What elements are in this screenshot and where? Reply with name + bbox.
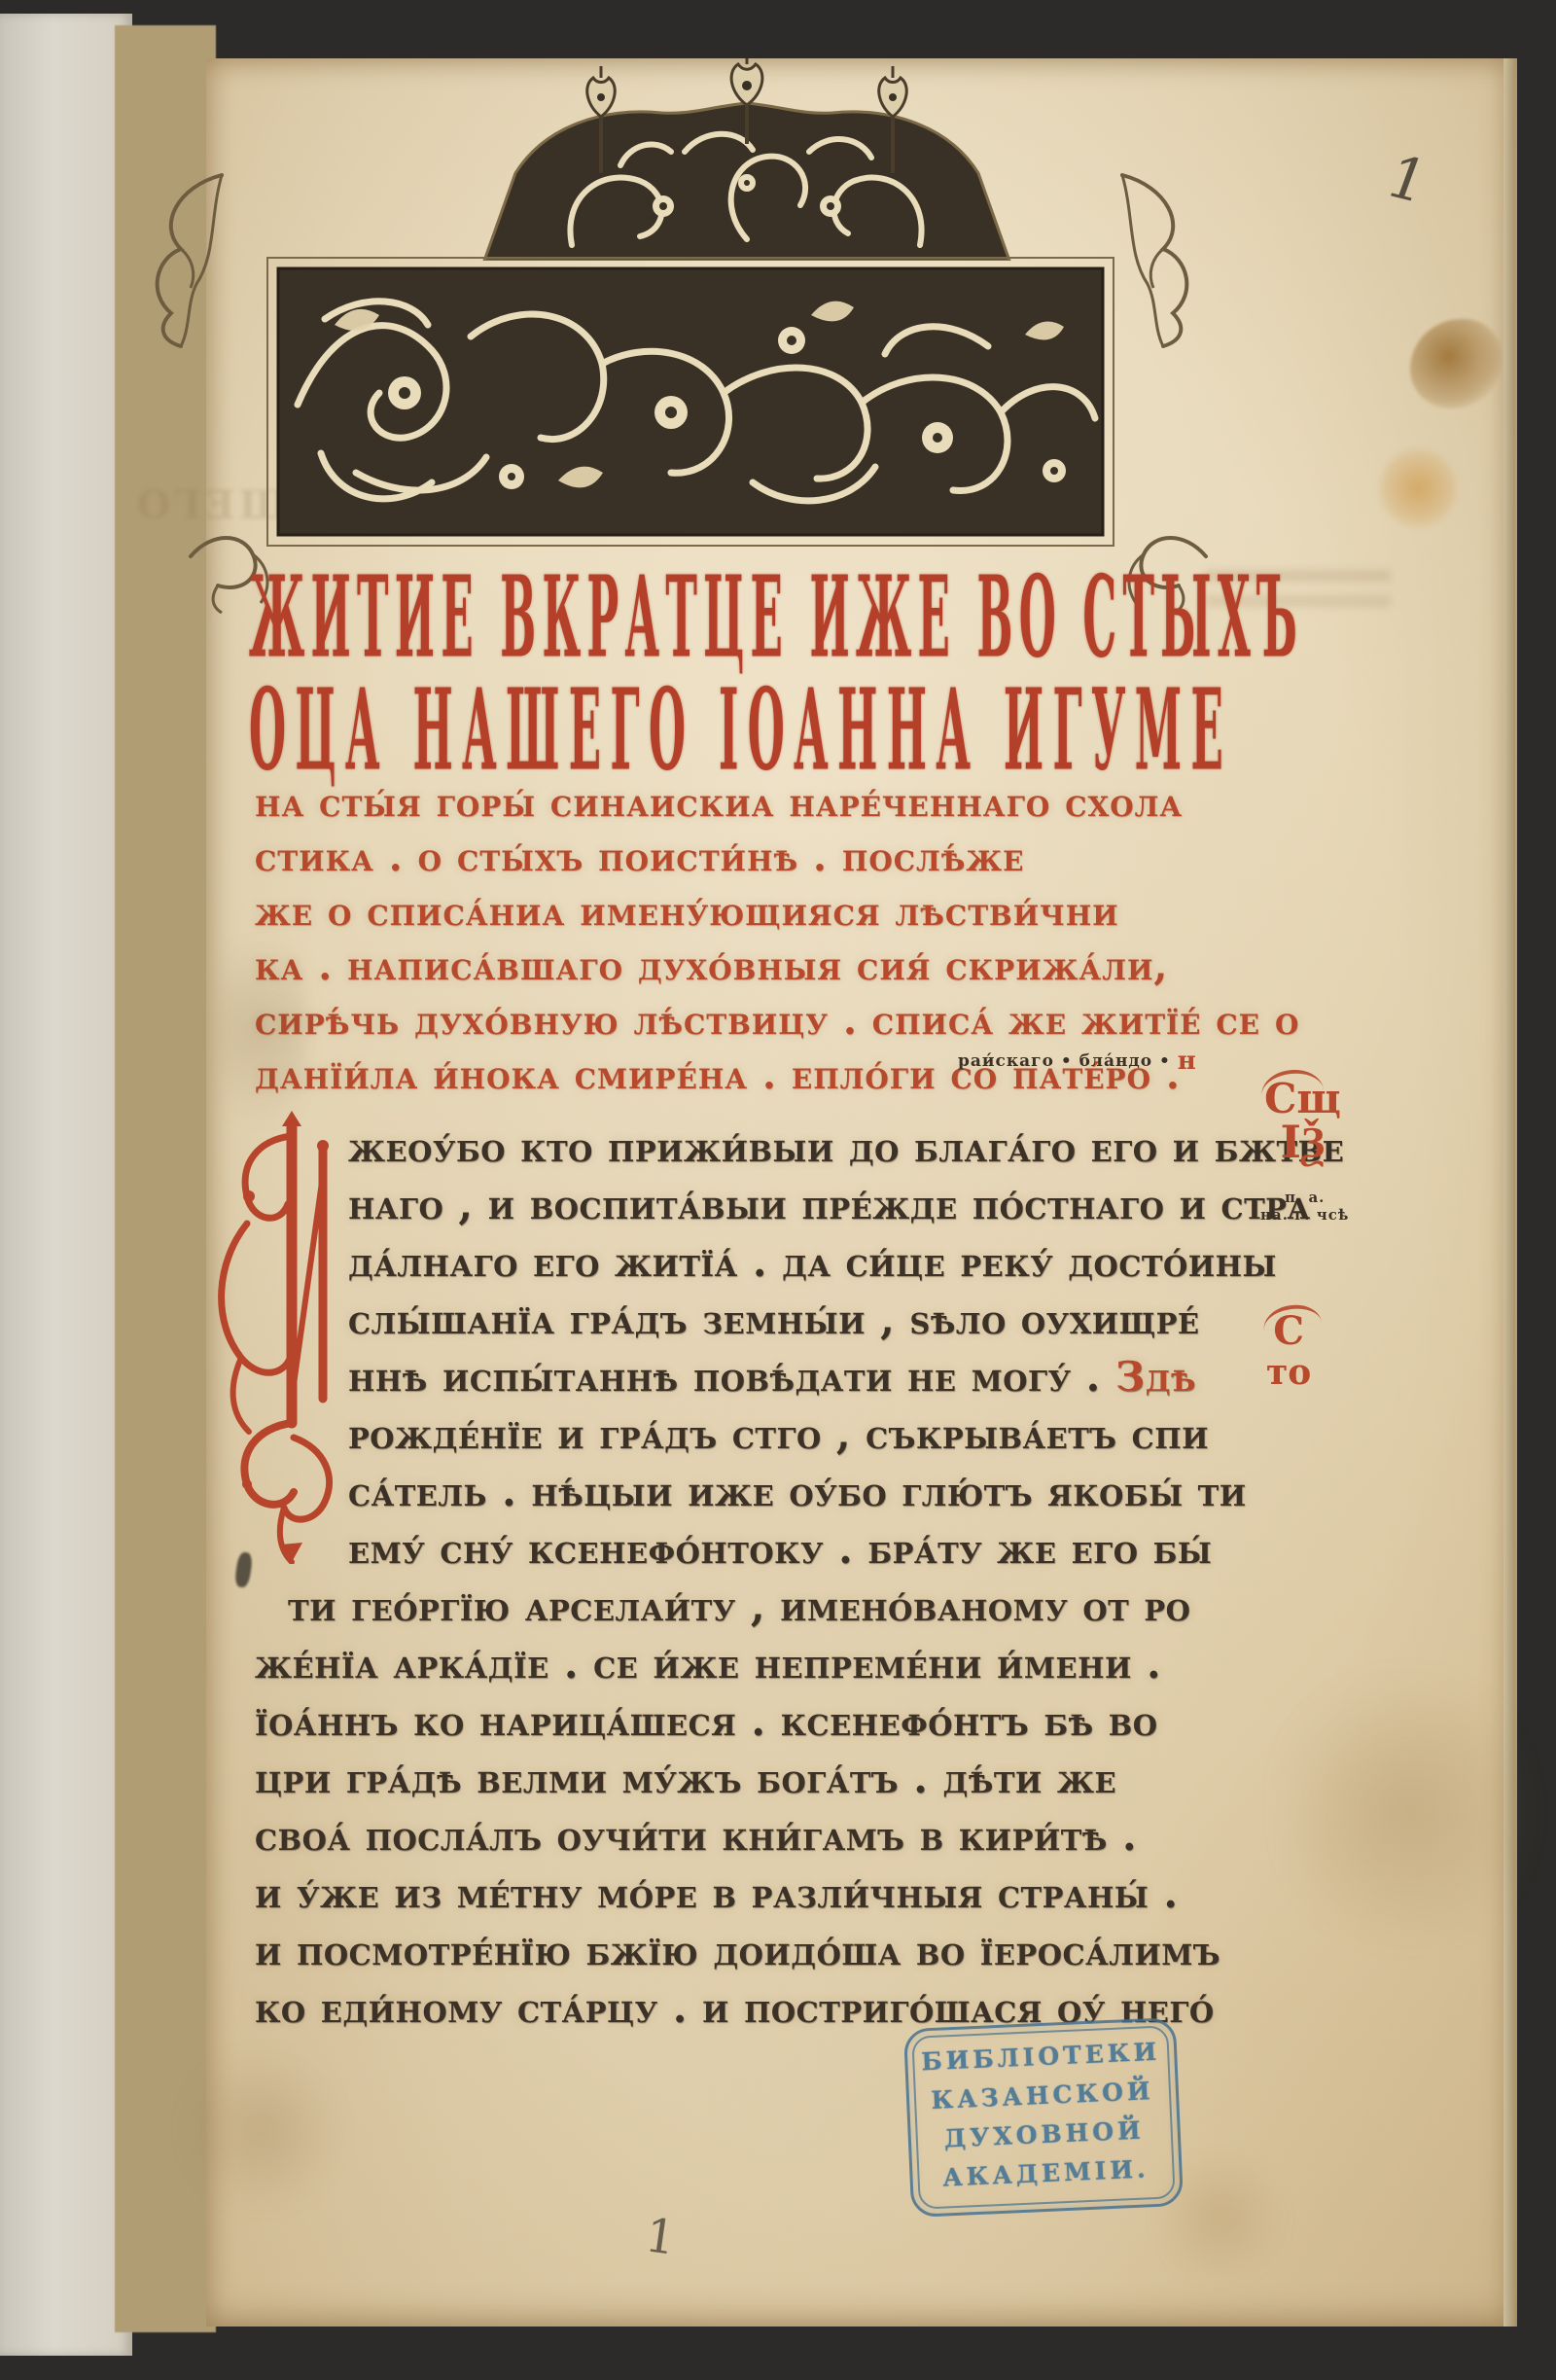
body-line: ко еди́ному ста́рцу . и постриго́шася оу…: [255, 1979, 1339, 2037]
body-line: слы́шанїа гра́дъ земны́и , ѕѣло оухищре́: [255, 1291, 1339, 1348]
margin-note-text: п. а.: [1260, 1189, 1349, 1206]
page-fore-edge: [1503, 58, 1515, 2327]
headpiece-ornament: [266, 257, 1114, 547]
body-line: рожде́нїе и гра́дъ стго , съкрыва́етъ сп…: [255, 1405, 1339, 1463]
rubric-line: на сты́я горы́ синаискиа наре́ченнаго сх…: [255, 776, 1325, 831]
body-line: да́лнаго его житїа́ . да си́це реку́ дос…: [255, 1233, 1339, 1291]
body-text-block: жеоу́бо кто прижи́выи до блага́го его и …: [255, 1119, 1339, 2037]
title-vyaz-line1: ЖИТИЕ ВКРАТЦЕ ИЖЕ ВО СТЫХЪ: [249, 562, 1303, 674]
rubric-line: ка . написа́вшаго духо́вныя сия́ скрижа́…: [255, 940, 1325, 994]
body-line: ему́ сну́ ксенефо́нтоку . бра́ту же его …: [255, 1520, 1339, 1578]
body-line: ннѣ испы́таннѣ повѣ́дати не могу́ . Здѣ: [255, 1348, 1339, 1405]
rubric-line: сирѣ́чь духо́вную лѣ́ствицу . списа́ же …: [255, 994, 1325, 1048]
margin-note-text: ІѮ: [1264, 1120, 1341, 1163]
rubric-line: стика . о сты́хъ поисти́нѣ . послѣ́же: [255, 831, 1325, 885]
body-line: наго , и воспита́выи пре́жде по́стнаго и…: [255, 1176, 1339, 1233]
margin-note-text: то: [1266, 1352, 1311, 1393]
rubricated-word: Здѣ: [1115, 1353, 1196, 1401]
headpiece-crest-ornament: [455, 58, 1039, 261]
body-line: їоа́ннъ ко нарица́шеся . ксенефо́нтъ бѣ …: [255, 1692, 1339, 1750]
rubric-line: же о списа́ниа имену́ющияся лѣстви́чни: [255, 885, 1325, 940]
title-vyaz: ЖИТИЕ ВКРАТЦЕ ИЖЕ ВО СТЫХЪ ОЦА НАШЕГО ІО…: [249, 552, 1301, 792]
body-line: жеоу́бо кто прижи́выи до блага́го его и …: [255, 1119, 1339, 1176]
title-vyaz-line2: ОЦА НАШЕГО ІОАННА ИГУМЕ: [249, 675, 1232, 787]
interlinear-note-black: раи́скаго • бла́ндо •: [958, 1051, 1171, 1071]
guard-leaf-edge: [0, 14, 132, 2356]
interlinear-note-red: н: [1178, 1047, 1197, 1076]
body-line-text: ннѣ испы́таннѣ повѣ́дати не могу́ .: [348, 1353, 1115, 1401]
body-line: же́нїа арка́дїе . се и́же непреме́ни и́м…: [255, 1635, 1339, 1692]
interlinear-note: раи́скаго • бла́ндо • н: [958, 1047, 1197, 1076]
body-line: ти гео́ргїю арселаи́ту , имено́ваному от…: [255, 1578, 1339, 1635]
body-line: и посмотре́нїю бжїю доидо́ша во їероса́л…: [255, 1922, 1339, 1979]
library-stamp: БИБЛІОТЕКИ КАЗАНСКОЙ ДУХОВНОЙ АКАДЕМІИ.: [903, 2017, 1184, 2218]
body-line: своа́ посла́лъ оучи́ти кни́гамъ в кири́т…: [255, 1807, 1339, 1865]
body-line: и у́же из ме́тну мо́ре в разли́чныя стра…: [255, 1865, 1339, 1922]
body-line: са́тель . нѣ́цыи иже оу́бо глю́тъ якобы́…: [255, 1463, 1339, 1520]
body-line: цри гра́дѣ велми му́жъ бога́тъ . дѣ́ти ж…: [255, 1750, 1339, 1807]
margin-note-black: п. а. на. г. чсѣ: [1260, 1189, 1349, 1224]
corner-leaf-right-icon: [1111, 165, 1208, 352]
manuscript-photo: { "page": { "folio_top": "1", "folio_bot…: [0, 0, 1556, 2380]
margin-note-text: на. г. чсѣ: [1260, 1206, 1349, 1224]
corner-leaf-left-icon: [136, 165, 233, 352]
